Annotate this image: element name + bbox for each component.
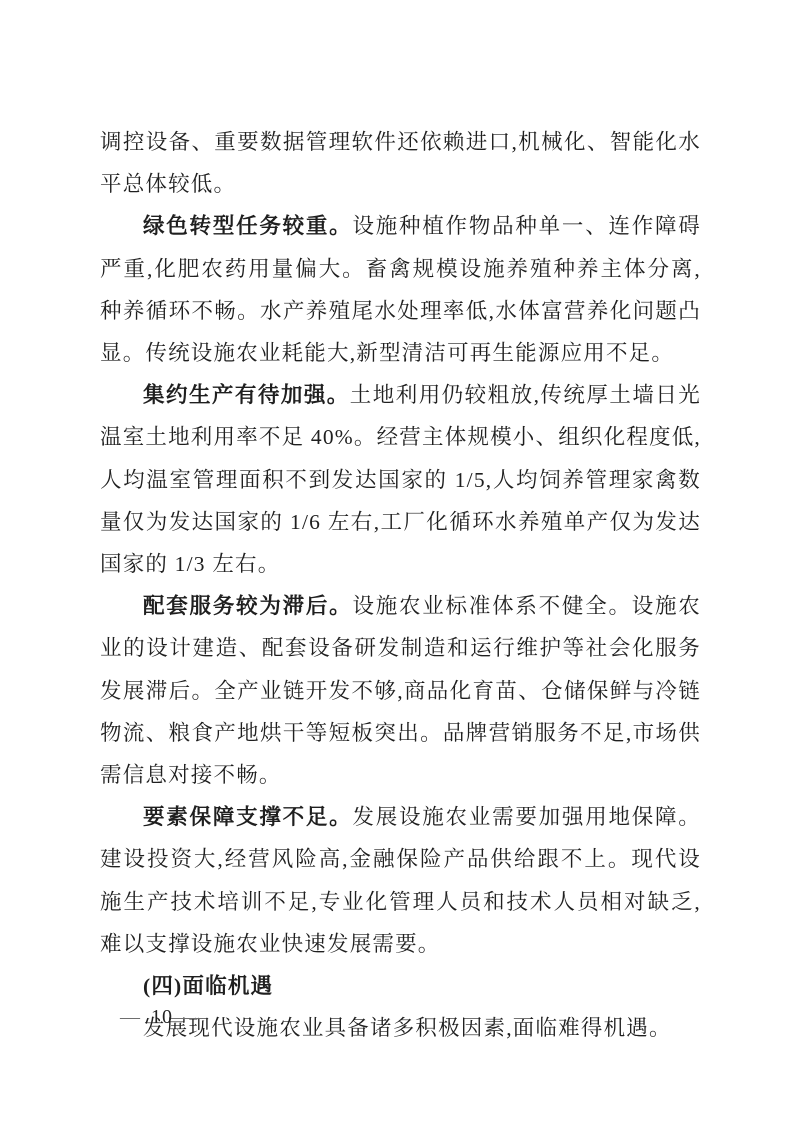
document-page: 调控设备、重要数据管理软件还依赖进口,机械化、智能化水平总体较低。 绿色转型任务… (0, 0, 794, 1123)
section-heading: (四)面临机遇 (100, 965, 701, 1007)
paragraph-text: 土地利用仍较粗放,传统厚土墙日光温室土地利用率不足 40%。经营主体规模小、组织… (100, 383, 701, 576)
body-paragraph: 配套服务较为滞后。设施农业标准体系不健全。设施农业的设计建造、配套设备研发制造和… (100, 585, 701, 796)
body-paragraph: 集约生产有待加强。土地利用仍较粗放,传统厚土墙日光温室土地利用率不足 40%。经… (100, 374, 701, 585)
paragraph-text: 设施农业标准体系不健全。设施农业的设计建造、配套设备研发制造和运行维护等社会化服… (100, 594, 701, 787)
paragraph-lead: 绿色转型任务较重。 (143, 214, 352, 238)
footer-left-dash: — (116, 1006, 145, 1028)
paragraph-lead: 配套服务较为滞后。 (143, 594, 352, 618)
body-paragraph: 绿色转型任务较重。设施种植作物品种单一、连作障碍严重,化肥农药用量偏大。畜禽规模… (100, 205, 701, 374)
paragraph-text: 调控设备、重要数据管理软件还依赖进口,机械化、智能化水平总体较低。 (100, 130, 701, 196)
body-paragraph: 要素保障支撑不足。发展设施农业需要加强用地保障。建设投资大,经营风险高,金融保险… (100, 796, 701, 965)
body-paragraph: 调控设备、重要数据管理软件还依赖进口,机械化、智能化水平总体较低。 (100, 121, 701, 205)
page-number: 10 (145, 1006, 179, 1028)
page-footer: —10— (116, 1002, 208, 1032)
paragraph-lead: 要素保障支撑不足。 (143, 805, 352, 829)
paragraph-lead: 集约生产有待加强。 (143, 383, 350, 407)
paragraph-text: 发展现代设施农业具备诸多积极因素,面临难得机遇。 (143, 1016, 672, 1040)
page-body: 调控设备、重要数据管理软件还依赖进口,机械化、智能化水平总体较低。 绿色转型任务… (100, 121, 701, 1049)
section-heading-text: (四)面临机遇 (143, 974, 273, 998)
footer-right-dash: — (179, 1006, 208, 1028)
